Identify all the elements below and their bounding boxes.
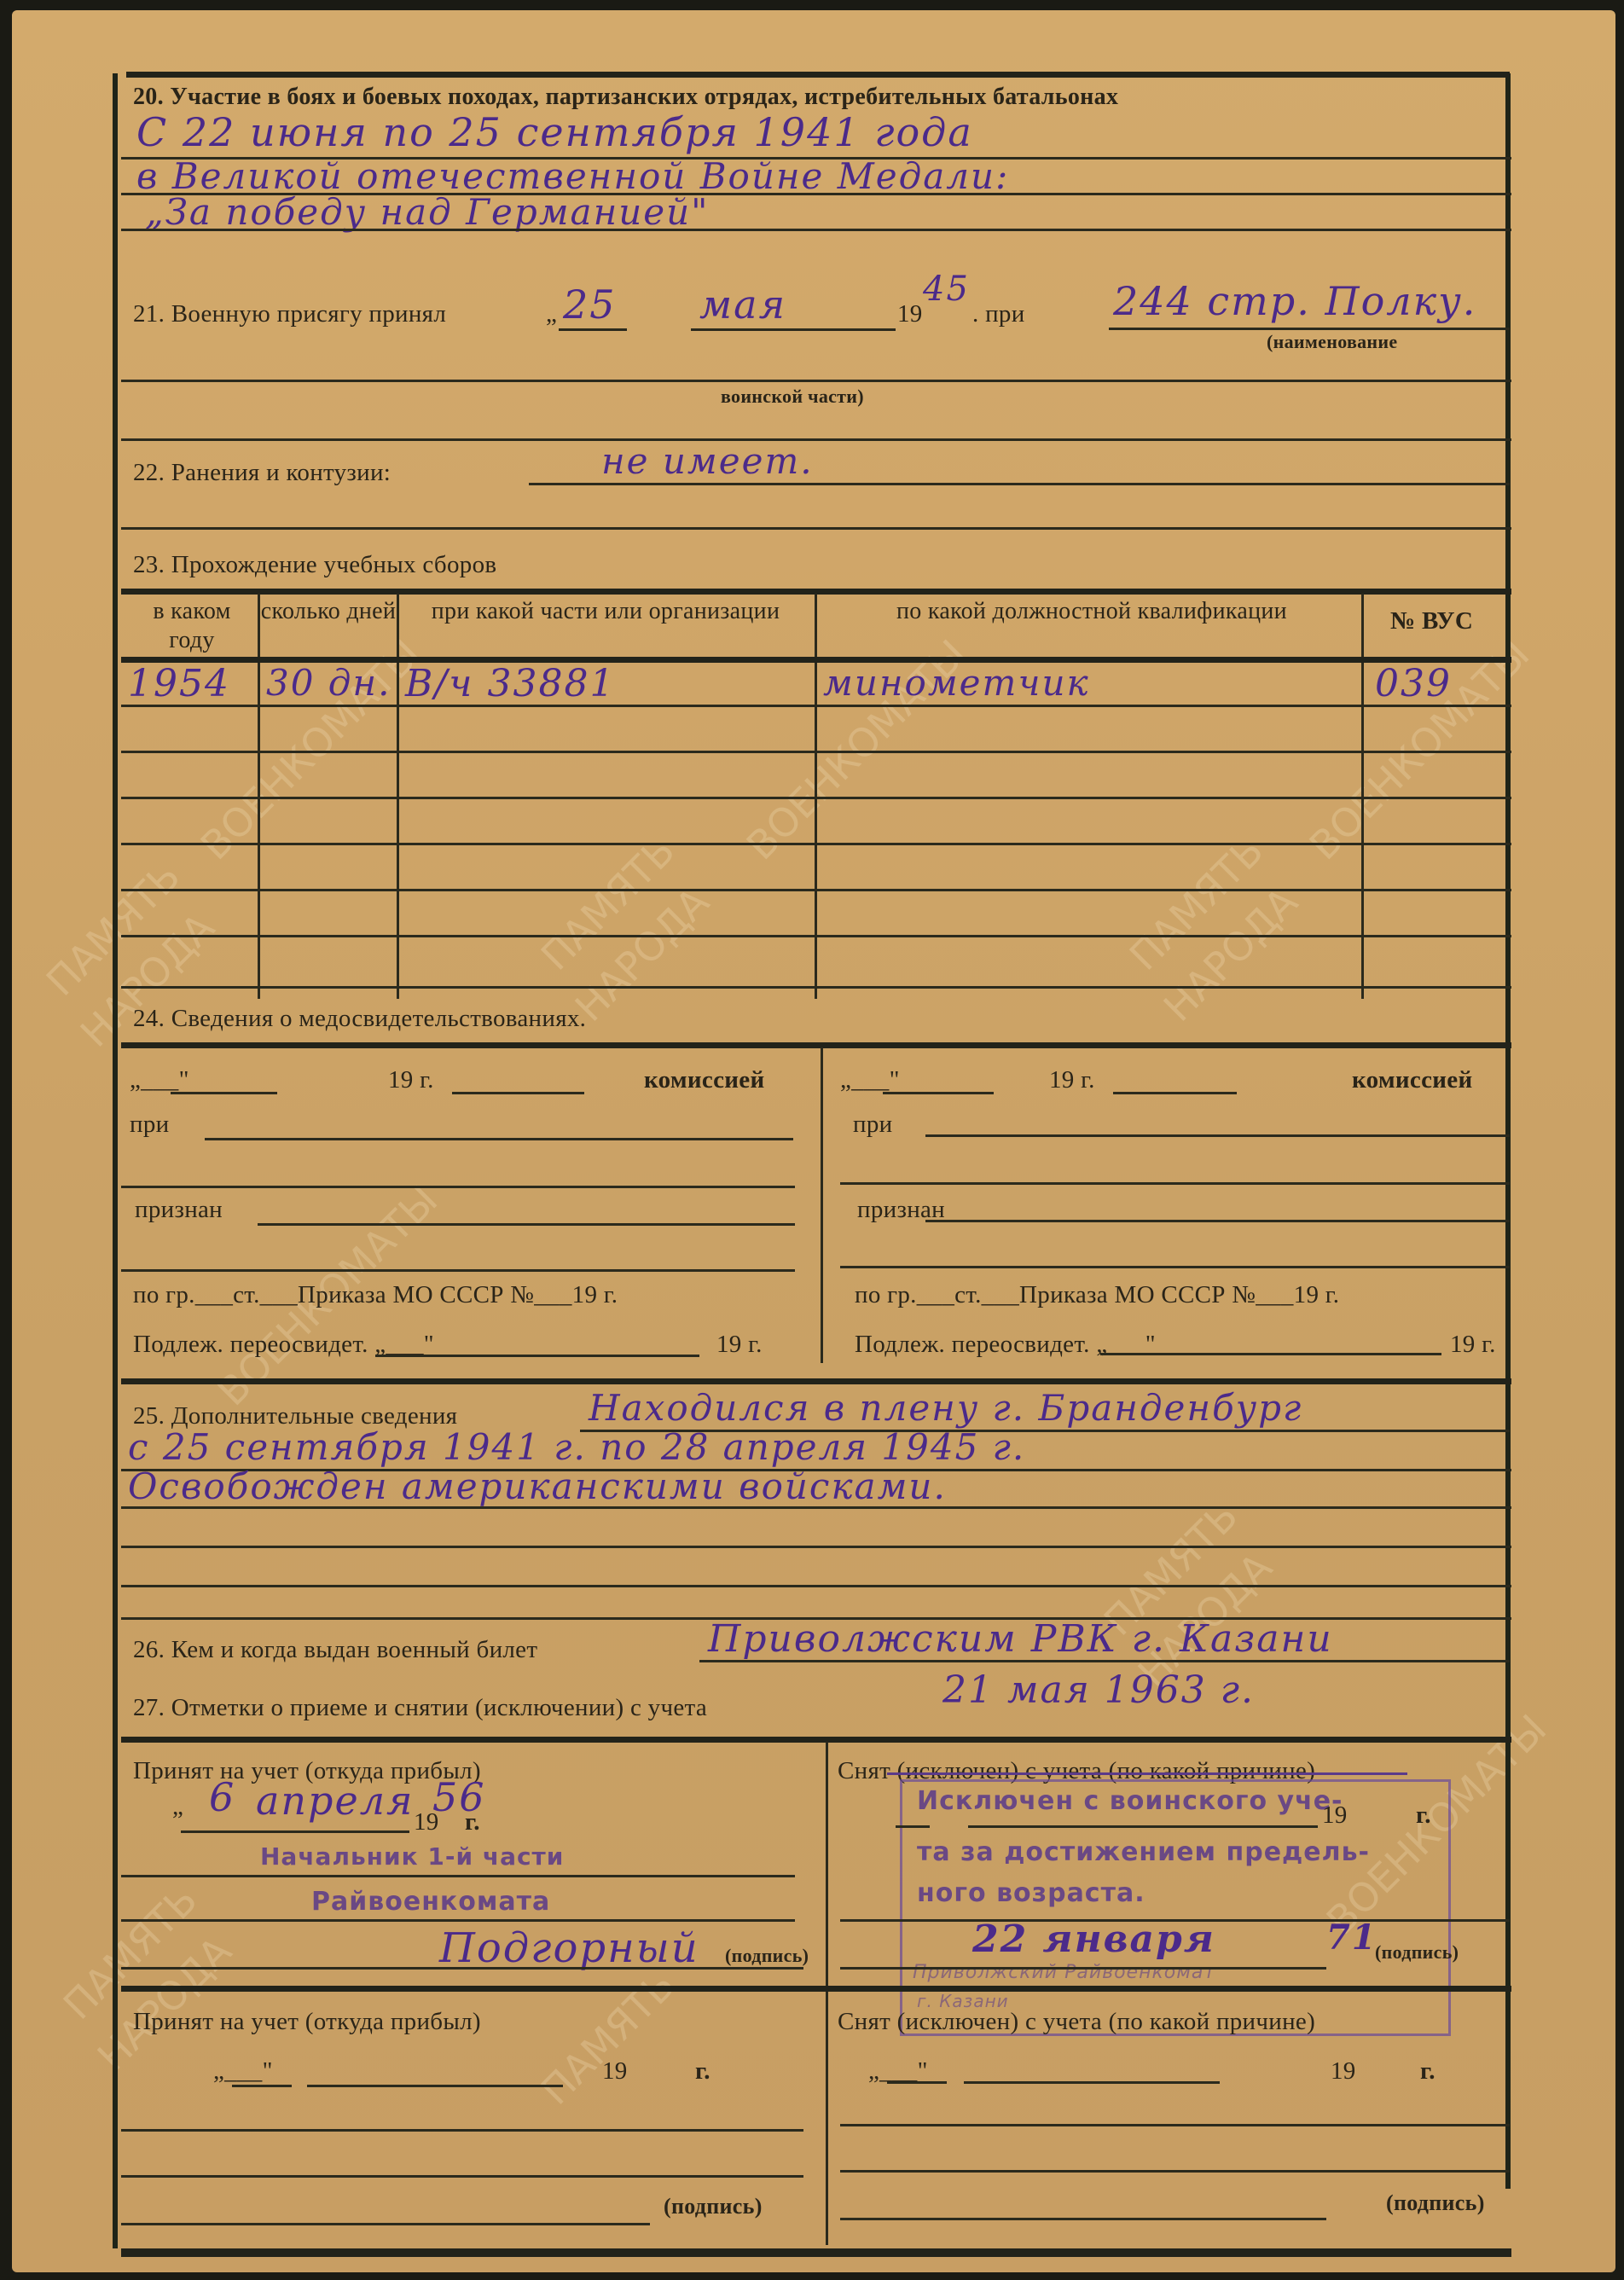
blank-line — [452, 1092, 584, 1094]
year-label: 19 г. — [1049, 1066, 1095, 1094]
section-23-label: 23. Прохождение учебных сборов — [133, 551, 496, 579]
blank-line — [1100, 1353, 1441, 1355]
oath-month: мая — [699, 281, 786, 328]
divider — [126, 72, 1510, 78]
divider — [121, 1585, 1511, 1587]
order-line: по гр.___ст.___Приказа МО СССР №___19 г. — [133, 1281, 618, 1309]
stamp-text: Начальник 1-й части — [260, 1842, 564, 1871]
oath-year-prefix: 19 — [897, 300, 923, 328]
order-line: по гр.___ст.___Приказа МО СССР №___19 г. — [855, 1281, 1339, 1309]
blank-line — [925, 1220, 1510, 1222]
section-20-label: 20. Участие в боях и боевых походах, пар… — [133, 84, 1118, 111]
pri-label: при — [853, 1111, 892, 1139]
blank-date: „___" — [213, 2057, 273, 2086]
blank-line — [205, 1138, 793, 1140]
column-divider — [826, 1742, 828, 2245]
table-header-year: в каком году — [128, 597, 256, 655]
blank-g: г. — [1420, 2057, 1435, 2086]
removed-label: Снят (исключен) с учета (по какой причин… — [838, 2008, 1315, 2036]
divider — [121, 380, 1511, 382]
blank-line — [307, 2085, 563, 2087]
blank-line — [121, 1186, 795, 1188]
blank-line — [121, 1919, 795, 1922]
caption-name: (наименование — [1267, 331, 1397, 353]
date-open: „___" — [840, 1066, 900, 1094]
blank-line — [121, 2129, 803, 2132]
oath-year-suffix: 45 — [923, 270, 970, 309]
accepted-label: Принят на учет (откуда прибыл) — [133, 2008, 481, 2036]
stamp-line: та за достижением предель- — [917, 1837, 1370, 1867]
blank-line — [840, 1967, 1326, 1970]
blank-line — [121, 1269, 795, 1272]
year-g: г. — [1416, 1801, 1431, 1830]
section-20-line-1: С 22 июня по 25 сентября 1941 года — [136, 109, 973, 155]
row-line — [121, 843, 1511, 845]
blank-line — [887, 2081, 947, 2084]
cell-vus: 039 — [1375, 662, 1452, 705]
row-line — [121, 751, 1511, 753]
table-header-days: сколько дней — [260, 597, 397, 626]
blank-line — [968, 1825, 1318, 1828]
divider — [121, 527, 1511, 530]
column-divider — [821, 1047, 823, 1363]
stamp-line: ного возраста. — [917, 1878, 1145, 1908]
divider — [121, 438, 1511, 441]
recheck-year: 19 г. — [1450, 1331, 1496, 1359]
cell-year: 1954 — [128, 662, 230, 705]
divider — [121, 1506, 1511, 1509]
quote-open: „ — [546, 300, 557, 328]
divider — [121, 1737, 1511, 1743]
blank-g: г. — [695, 2057, 710, 2086]
section-24-label: 24. Сведения о медосвидетельствованиях. — [133, 1005, 586, 1033]
blank-line — [559, 328, 627, 331]
stamp-faint: Приволжский Райвоенкомат — [913, 1962, 1215, 1983]
blank-line — [883, 1092, 994, 1094]
additional-info-line-3: Освобожден американскими войсками. — [128, 1465, 947, 1507]
blank-line — [1113, 1092, 1237, 1094]
section-26-label: 26. Кем и когда выдан военный билет — [133, 1636, 537, 1664]
blank-line — [121, 1967, 803, 1970]
blank-line — [925, 1134, 1510, 1137]
signature-caption: (подпись) — [725, 1945, 809, 1967]
removed-year: 71 — [1326, 1917, 1377, 1958]
commission-label: комиссией — [1352, 1066, 1472, 1094]
blank-line — [964, 2081, 1220, 2084]
stamp-text: Райвоенкомата — [311, 1887, 550, 1917]
cell-days: 30 дн. — [266, 662, 391, 704]
blank-year: 19 — [1331, 2057, 1356, 2086]
divider — [121, 1546, 1511, 1548]
divider — [121, 2248, 1511, 2257]
signature-caption: (подпись) — [1375, 1941, 1459, 1964]
oath-day: 25 — [563, 281, 617, 328]
divider — [121, 1042, 1511, 1048]
caption-unit: воинской части) — [721, 386, 864, 408]
blank-line — [840, 2170, 1510, 2173]
blank-line — [171, 1092, 277, 1094]
oath-at: . при — [972, 300, 1025, 328]
blank-line — [840, 2124, 1510, 2126]
commission-label: комиссией — [644, 1066, 764, 1094]
blank-line — [121, 2175, 803, 2178]
registration-date: 21 мая 1963 г. — [942, 1668, 1255, 1712]
divider — [121, 229, 1511, 231]
blank-line — [258, 1223, 795, 1226]
blank-line — [529, 483, 1510, 485]
additional-info-line-1: Находился в плену г. Бранденбург — [589, 1387, 1302, 1429]
cell-unit: В/ч 33881 — [405, 662, 616, 705]
divider — [121, 1986, 1511, 1992]
table-header-vus: № ВУС — [1390, 607, 1473, 635]
blank-line — [121, 2223, 650, 2225]
strikethrough — [887, 1772, 1407, 1775]
recheck-year: 19 г. — [716, 1331, 763, 1359]
accepted-day: 6 — [209, 1774, 235, 1820]
table-header-qualification: по какой должностной квалификации — [861, 597, 1322, 626]
row-line — [121, 797, 1511, 799]
blank-line — [840, 2218, 1326, 2220]
blank-line — [699, 1660, 1510, 1662]
signature-caption: (подпись) — [664, 2194, 763, 2219]
stamp-line: Исключен с воинского уче- — [917, 1786, 1343, 1816]
blank-line — [691, 328, 896, 331]
oath-unit: 244 стр. Полку. — [1113, 278, 1476, 324]
additional-info-line-2: с 25 сентября 1941 г. по 28 апреля 1945 … — [128, 1426, 1025, 1468]
priznan-label: признан — [135, 1196, 223, 1224]
blank-line — [896, 1825, 930, 1828]
cell-qualification: минометчик — [823, 662, 1090, 704]
signature: Подгорный — [439, 1924, 699, 1972]
section-22-label: 22. Ранения и контузии: — [133, 459, 391, 487]
section-21-label: 21. Военную присягу принял — [133, 300, 446, 328]
blank-line — [232, 2085, 292, 2087]
pri-label: при — [130, 1111, 169, 1139]
wounds-value: не имеет. — [601, 440, 814, 482]
blank-line — [249, 1830, 409, 1833]
blank-line — [1109, 328, 1510, 330]
form-frame-right — [1505, 73, 1511, 2189]
accepted-month: апреля — [256, 1778, 414, 1824]
blank-line — [121, 1875, 795, 1877]
year-g: г. — [465, 1808, 480, 1836]
blank-line — [840, 1182, 1510, 1185]
table-header-unit: при какой части или организации — [418, 597, 793, 626]
blank-line — [375, 1355, 699, 1357]
year-prefix: 19 — [1322, 1801, 1348, 1830]
row-line — [121, 889, 1511, 891]
military-id-issuer: Приволжским РВК г. Казани — [708, 1617, 1333, 1661]
row-line — [121, 705, 1511, 707]
year-label: 19 г. — [388, 1066, 434, 1094]
signature-caption: (подпись) — [1386, 2190, 1485, 2216]
section-20-line-3: „За победу над Германией" — [145, 191, 710, 233]
blank-year: 19 — [602, 2057, 628, 2086]
date-open: „___" — [130, 1066, 189, 1094]
section-27-label: 27. Отметки о приеме и снятии (исключени… — [133, 1694, 707, 1722]
removed-date: 22 января — [972, 1917, 1215, 1961]
quote-open: „ — [172, 1793, 183, 1821]
divider — [121, 1378, 1511, 1384]
divider — [121, 986, 1511, 989]
blank-line — [840, 1266, 1510, 1268]
row-line — [121, 935, 1511, 937]
